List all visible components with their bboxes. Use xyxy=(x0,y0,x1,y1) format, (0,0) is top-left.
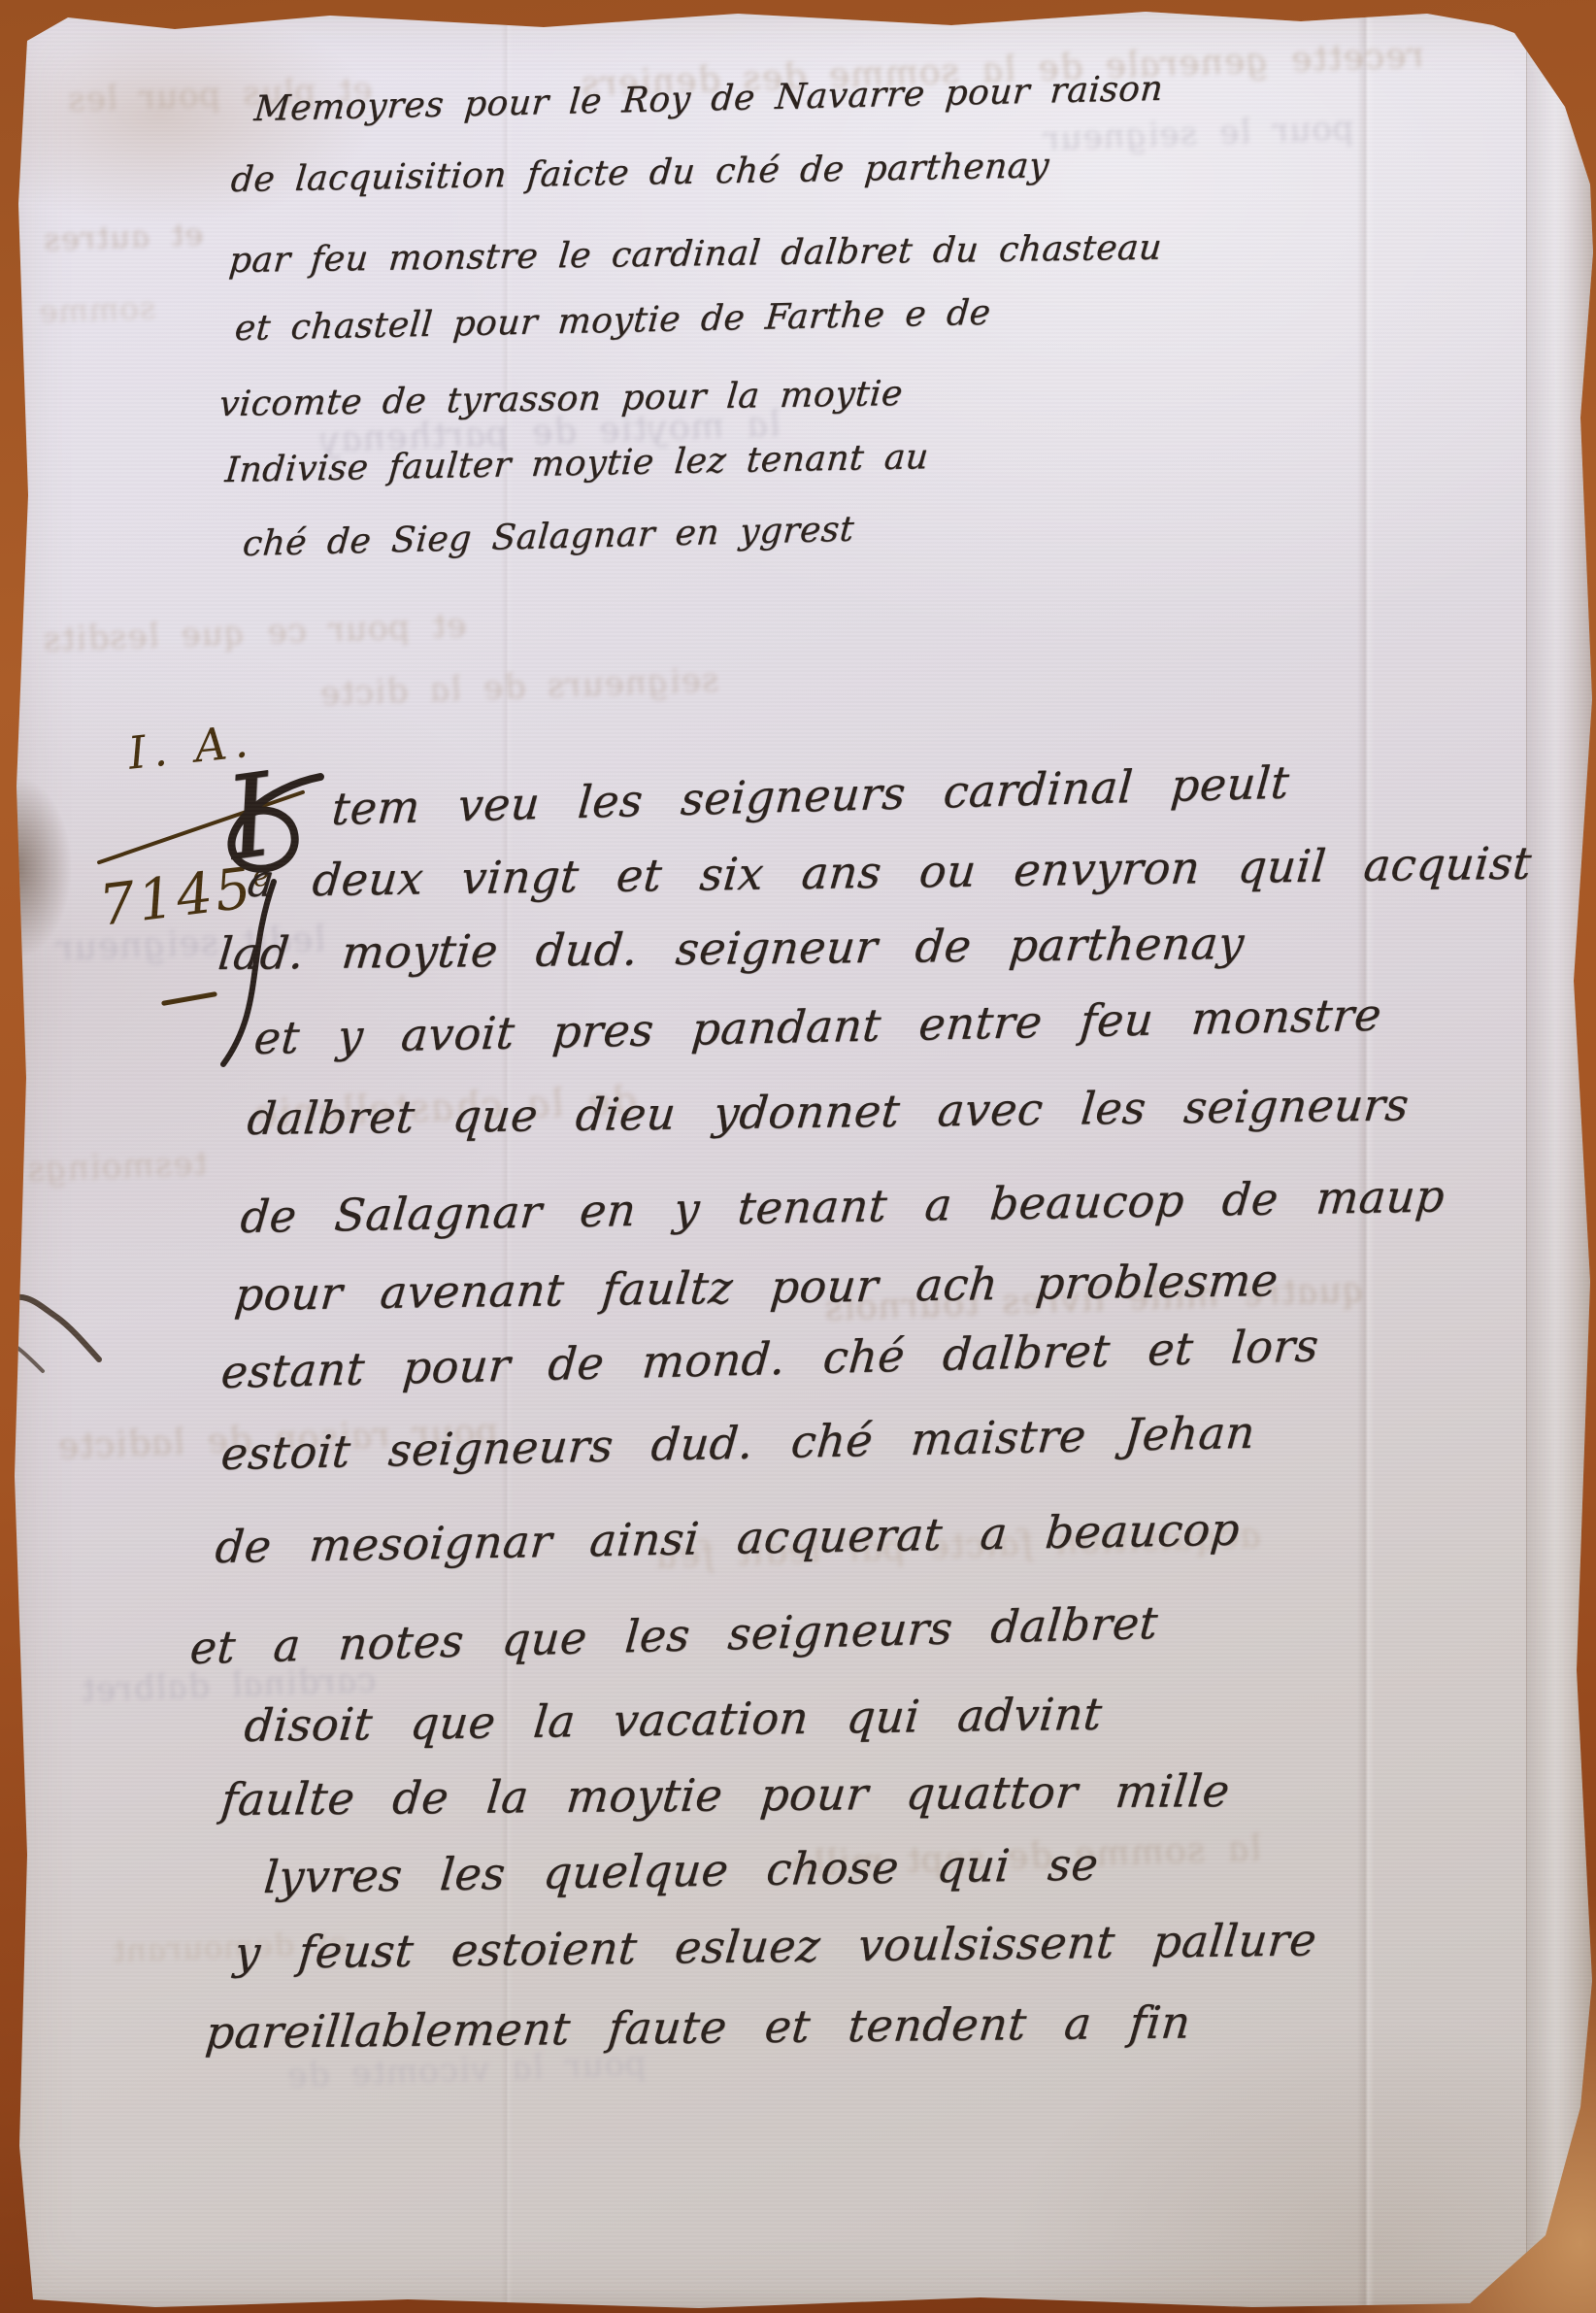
manuscript-page: et plus pour lesrecette generale de la s… xyxy=(0,0,1596,2313)
manuscript-line: et a notes que les seigneurs dalbret xyxy=(188,1596,1160,1674)
manuscript-line: pour avenant faultz pour ach problesme xyxy=(233,1254,1281,1321)
manuscript-line: y feust estoient esluez voulsissent pall… xyxy=(232,1913,1318,1979)
ink-smudge xyxy=(0,1284,109,1379)
manuscript-line: de mesoignar ainsi acquerat a beaucop xyxy=(214,1503,1243,1574)
manuscript-line: tem veu les seigneurs cardinal peult xyxy=(330,755,1291,835)
manuscript-line: a deux vingt et six ans ou envyron quil … xyxy=(246,836,1534,907)
manuscript-line: lad. moytie dud. seigneur de parthenay xyxy=(216,917,1247,980)
manuscript-line: estoit seigneurs dud. ché maistre Jehan xyxy=(219,1406,1257,1480)
manuscript-line: et y avoit pres pandant entre feu monstr… xyxy=(252,989,1384,1064)
manuscript-line: faulte de la moytie pour quattor mille xyxy=(218,1764,1232,1826)
body-paragraph: tem veu les seigneurs cardinal peulta de… xyxy=(0,0,1596,2313)
manuscript-line: disoit que la vacation qui advint xyxy=(243,1688,1105,1752)
manuscript-line: lyvres les quelque chose qui se xyxy=(262,1837,1101,1903)
photo-backdrop: et plus pour lesrecette generale de la s… xyxy=(0,0,1596,2313)
manuscript-line: pareillablement faute et tendent a fin xyxy=(203,1995,1193,2059)
manuscript-line: dalbret que dieu ydonnet avec les seigne… xyxy=(245,1078,1411,1145)
manuscript-line: de Salagnar en y tenant a beaucop de mau… xyxy=(239,1169,1447,1243)
manuscript-line: estant pour de mond. ché dalbret et lors xyxy=(219,1319,1321,1398)
